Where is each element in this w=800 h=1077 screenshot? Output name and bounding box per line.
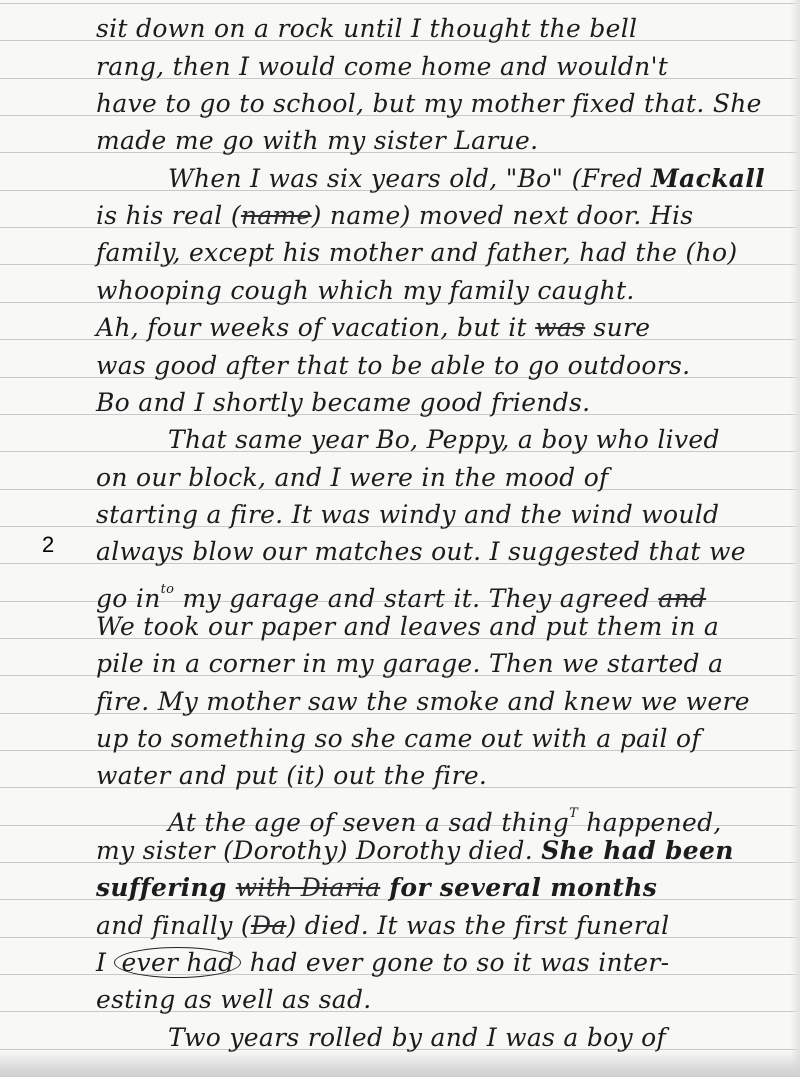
text-line: pile in a corner in my garage. Then we s… (96, 645, 723, 682)
text-segment: When I was six years old, "Bo" (Fred (168, 164, 651, 193)
text-line: At the age of seven a sad thingT happene… (168, 795, 722, 832)
text-line: up to something so she came out with a p… (96, 720, 701, 757)
text-segment: rang, then I would come home and wouldn'… (96, 52, 668, 81)
circled-text: ever had (114, 947, 241, 978)
inserted-text: to (161, 582, 175, 597)
text-line: sit down on a rock until I thought the b… (96, 10, 637, 47)
text-line: always blow our matches out. I suggested… (96, 533, 746, 570)
text-segment: had ever gone to so it was inter- (241, 948, 669, 977)
notebook-page: sit down on a rock until I thought the b… (0, 0, 800, 1077)
text-segment: made me go with my sister Larue. (96, 126, 538, 155)
text-segment: Bo and I shortly became good friends. (96, 388, 590, 417)
text-segment: is his real ( (96, 201, 241, 230)
text-segment: I (96, 948, 114, 977)
page-number: 2 (42, 532, 54, 558)
text-line: on our block, and I were in the mood of (96, 459, 609, 496)
text-line: go into my garage and start it. They agr… (96, 571, 706, 608)
text-segment: water and put (it) out the fire. (96, 761, 487, 790)
text-line: rang, then I would come home and wouldn'… (96, 48, 668, 85)
text-line: my sister (Dorothy) Dorothy died. She ha… (96, 832, 734, 869)
text-segment: esting as well as sad. (96, 985, 372, 1014)
struck-text: was (535, 313, 585, 342)
text-line: whooping cough which my family caught. (96, 272, 635, 309)
page-bottom-shadow (0, 1051, 800, 1077)
text-line: fire. My mother saw the smoke and knew w… (96, 683, 750, 720)
text-line: and finally (Da) died. It was the first … (96, 907, 669, 944)
text-segment: pile in a corner in my garage. Then we s… (96, 649, 723, 678)
text-segment: whooping cough which my family caught. (96, 276, 635, 305)
text-segment: ) died. It was the first funeral (287, 911, 670, 940)
text-segment: was good after that to be able to go out… (96, 351, 690, 380)
text-segment: for several months (380, 873, 657, 902)
ruled-line (0, 3, 800, 4)
text-segment: have to go to school, but my mother fixe… (96, 89, 762, 118)
text-line: water and put (it) out the fire. (96, 757, 487, 794)
text-segment: sit down on a rock until I thought the b… (96, 14, 637, 43)
text-line: is his real (name) name) moved next door… (96, 197, 693, 234)
text-segment: suffering (96, 873, 236, 902)
text-line: made me go with my sister Larue. (96, 122, 538, 159)
text-segment: on our block, and I were in the mood of (96, 463, 609, 492)
text-line: esting as well as sad. (96, 981, 372, 1018)
text-segment: starting a fire. It was windy and the wi… (96, 500, 719, 529)
text-line: was good after that to be able to go out… (96, 347, 690, 384)
text-line: starting a fire. It was windy and the wi… (96, 496, 719, 533)
text-line: suffering with Diaria for several months (96, 869, 657, 906)
text-segment: She had been (541, 836, 733, 865)
text-segment: always blow our matches out. I suggested… (96, 537, 746, 566)
text-line: I ever had had ever gone to so it was in… (96, 944, 669, 981)
text-segment: fire. My mother saw the smoke and knew w… (96, 687, 750, 716)
text-segment: That same year Bo, Peppy, a boy who live… (168, 425, 720, 454)
text-segment: Mackall (651, 164, 765, 193)
text-line: When I was six years old, "Bo" (Fred Mac… (168, 160, 765, 197)
text-segment: We took our paper and leaves and put the… (96, 612, 719, 641)
text-segment: Ah, four weeks of vacation, but it (96, 313, 535, 342)
struck-text: with Diaria (236, 873, 381, 902)
text-line: family, except his mother and father, ha… (96, 234, 737, 271)
text-segment: my sister (Dorothy) Dorothy died. (96, 836, 541, 865)
struck-text: Da (251, 911, 287, 940)
text-line: Bo and I shortly became good friends. (96, 384, 590, 421)
page-edge-shadow (790, 0, 800, 1077)
text-segment: up to something so she came out with a p… (96, 724, 701, 753)
text-segment: sure (585, 313, 650, 342)
text-line: Ah, four weeks of vacation, but it was s… (96, 309, 650, 346)
text-line: That same year Bo, Peppy, a boy who live… (168, 421, 720, 458)
text-segment: and finally ( (96, 911, 251, 940)
struck-text: name (241, 201, 312, 230)
inserted-text: T (569, 806, 578, 821)
text-line: We took our paper and leaves and put the… (96, 608, 719, 645)
text-line: have to go to school, but my mother fixe… (96, 85, 762, 122)
text-segment: family, except his mother and father, ha… (96, 238, 737, 267)
text-segment: Two years rolled by and I was a boy of (168, 1023, 666, 1052)
text-segment: ) name) moved next door. His (312, 201, 694, 230)
